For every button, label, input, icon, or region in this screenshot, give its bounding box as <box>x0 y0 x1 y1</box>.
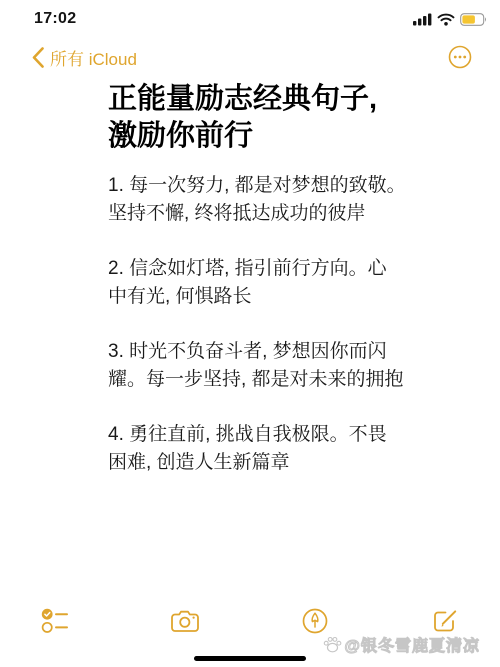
paw-icon <box>323 635 342 654</box>
status-icons <box>413 13 488 26</box>
home-indicator[interactable] <box>194 656 306 661</box>
markup-button[interactable] <box>301 607 329 635</box>
ellipsis-circle-icon <box>448 45 472 69</box>
note-paragraph-4[interactable]: 4. 勇往直前, 挑战自我极限。不畏 困难, 创造人生新篇章 <box>108 421 440 477</box>
checklist-button[interactable] <box>40 607 68 635</box>
more-options-button[interactable] <box>448 45 472 69</box>
status-time: 17:02 <box>34 10 76 28</box>
markup-pen-icon <box>302 608 328 634</box>
watermark: @银冬雪鹿夏清凉 <box>323 633 480 656</box>
note-paragraph-3[interactable]: 3. 时光不负奋斗者, 梦想因你而闪 耀。每一步坚持, 都是对未来的拥抱 <box>108 338 440 394</box>
note-body[interactable]: 正能量励志经典句子, 激励你前行 1. 每一次努力, 都是对梦想的致敬。 坚持不… <box>108 81 440 504</box>
checklist-icon <box>41 607 68 635</box>
status-bar: 17:02 <box>0 0 500 32</box>
notes-app-screen: 17:02 <box>0 0 500 667</box>
camera-button[interactable] <box>171 607 199 635</box>
back-button[interactable]: 所有 iCloud <box>32 45 137 70</box>
nav-bar: 所有 iCloud <box>0 42 500 72</box>
watermark-text: @银冬雪鹿夏清凉 <box>344 633 480 656</box>
note-paragraph-1[interactable]: 1. 每一次努力, 都是对梦想的致敬。 坚持不懈, 终将抵达成功的彼岸 <box>108 172 440 228</box>
back-button-label: 所有 iCloud <box>50 45 137 70</box>
compose-icon <box>432 608 459 635</box>
note-title[interactable]: 正能量励志经典句子, 激励你前行 <box>108 81 440 155</box>
compose-button[interactable] <box>432 607 460 635</box>
note-paragraph-2[interactable]: 2. 信念如灯塔, 指引前行方向。心 中有光, 何惧路长 <box>108 255 440 311</box>
battery-icon <box>460 13 488 26</box>
cellular-signal-icon <box>413 13 432 26</box>
wifi-icon <box>437 13 455 26</box>
chevron-left-icon <box>32 47 44 68</box>
camera-icon <box>171 609 199 633</box>
